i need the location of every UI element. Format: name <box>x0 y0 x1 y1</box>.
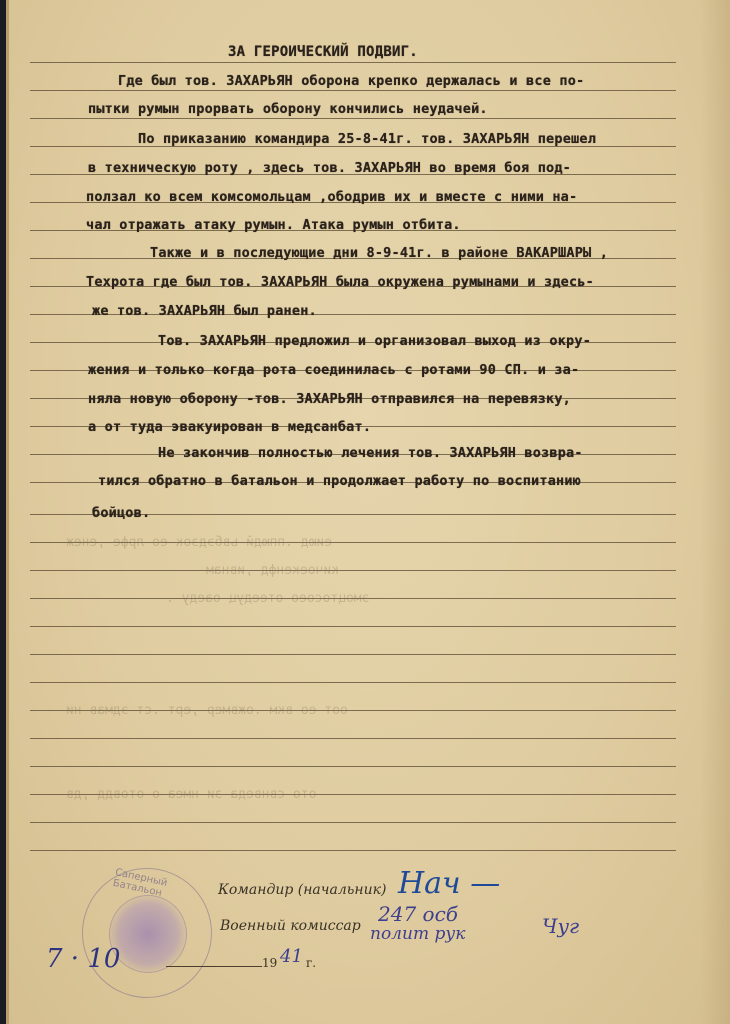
text-line: няла новую оборону -тов. ЗАХАРЬЯН отправ… <box>88 391 571 407</box>
ruled-line <box>30 738 676 739</box>
bleed-through-text: оот ео вкм .ожвмер ,ерт .ст эдмав ни <box>66 703 348 718</box>
bleed-through-text: еиюд .ппюдй ьвбэдзок ео лрфе ,енеж <box>66 535 332 550</box>
commander-signature: Нач — <box>398 866 500 901</box>
stamp-emblem-icon <box>109 895 187 973</box>
text-line: Где был тов. ЗАХАРЬЯН оборона крепко дер… <box>118 73 584 89</box>
ruled-line <box>30 682 676 683</box>
document-title: ЗА ГЕРОИЧЕСКИЙ ПОДВИГ. <box>228 44 418 60</box>
commissar-unit-handwriting: 247 осб <box>378 902 458 926</box>
text-line: Также и в последующие дни 8-9-41г. в рай… <box>150 245 608 261</box>
text-line: тился обратно в батальон и продолжает ра… <box>98 473 581 489</box>
text-line: же тов. ЗАХАРЬЯН был ранен. <box>92 303 317 319</box>
ruled-line <box>30 850 676 851</box>
ruled-line <box>30 570 676 571</box>
date-year-end: г. <box>306 956 316 970</box>
commissar-label: Военный комиссар <box>220 918 361 934</box>
ruled-line <box>30 822 676 823</box>
text-line: Не закончив полностью лечения тов. ЗАХАР… <box>158 445 583 461</box>
ruled-line <box>30 654 676 655</box>
text-line: Тов. ЗАХАРЬЯН предложил и организовал вы… <box>158 333 591 349</box>
ruled-line <box>30 626 676 627</box>
page-edge-shadow <box>700 0 730 1024</box>
document-page: еиюд .ппюдй ьвбэдзок ео лрфе ,енеж кичое… <box>6 0 730 1024</box>
commissar-title-handwriting: полит рук <box>370 924 465 944</box>
ruled-line <box>30 766 676 767</box>
text-line: а от туда эвакуирован в медсанбат. <box>88 419 371 435</box>
ruled-line <box>30 90 676 91</box>
bleed-through-text: кичоекенфд ,ивнам <box>206 563 339 578</box>
text-line: По приказанию командира 25-8-41г. тов. З… <box>138 131 596 147</box>
bleed-through-text: ото свнведа зи нмеа о отовдд ,дв <box>66 787 316 802</box>
date-underline <box>166 966 262 967</box>
text-line: пытки румын прорвать оборону кончились н… <box>88 101 488 117</box>
date-year-suffix: 41 <box>280 946 303 967</box>
text-line: жения и только когда рота соединилась с … <box>88 362 579 378</box>
date-day-month: 7 · 10 <box>46 944 120 974</box>
text-line: бойцов. <box>92 505 150 521</box>
date-year-prefix: 19 <box>262 956 277 970</box>
text-line: ползал ко всем комсомольцам ,ободрив их … <box>86 189 577 205</box>
bleed-through-text: эмоцтосоео отеедуц оаеду . <box>166 591 370 606</box>
text-line: Техрота где был тов. ЗАХАРЬЯН была окруж… <box>86 274 594 290</box>
commissar-signature: Чуг <box>542 914 579 938</box>
ruled-line <box>30 62 676 63</box>
text-line: чал отражать атаку румын. Атака румын от… <box>86 217 461 233</box>
ruled-line <box>30 118 676 119</box>
text-line: в техническую роту , здесь тов. ЗАХАРЬЯН… <box>88 160 571 176</box>
commander-label: Командир (начальник) <box>218 882 386 898</box>
battalion-stamp: Саперный Батальон <box>82 868 212 998</box>
